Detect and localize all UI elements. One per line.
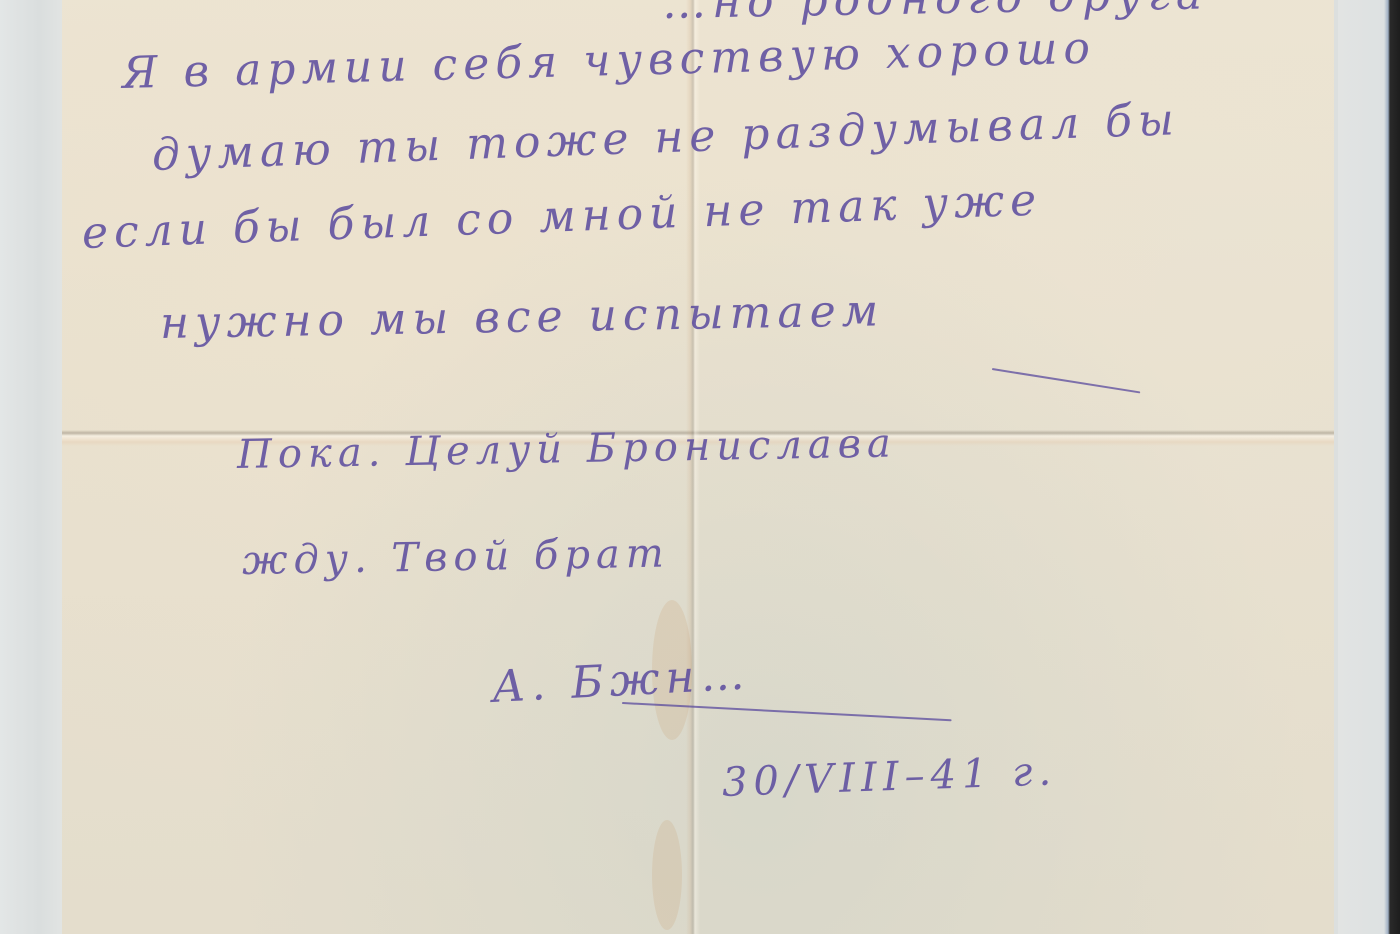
letter-line: Я в армии себя чувствую хорошо (121, 23, 1096, 99)
letter-date: 30/VIII–41 г. (721, 748, 1058, 806)
stain (652, 820, 682, 930)
letter-line: думаю ты тоже не раздумывал бы (151, 94, 1180, 181)
letter-line: …но родного друга (662, 0, 1209, 29)
closing-line: жду. Твой брат (242, 531, 671, 584)
underline-flourish (992, 368, 1140, 393)
frame-edge (1338, 0, 1400, 934)
letter-line: если бы был со мной не так уже (81, 174, 1043, 258)
letter-line: нужно мы все испытаем (160, 285, 885, 349)
letter-sheet: …но родного друга Я в армии себя чувству… (62, 0, 1334, 934)
